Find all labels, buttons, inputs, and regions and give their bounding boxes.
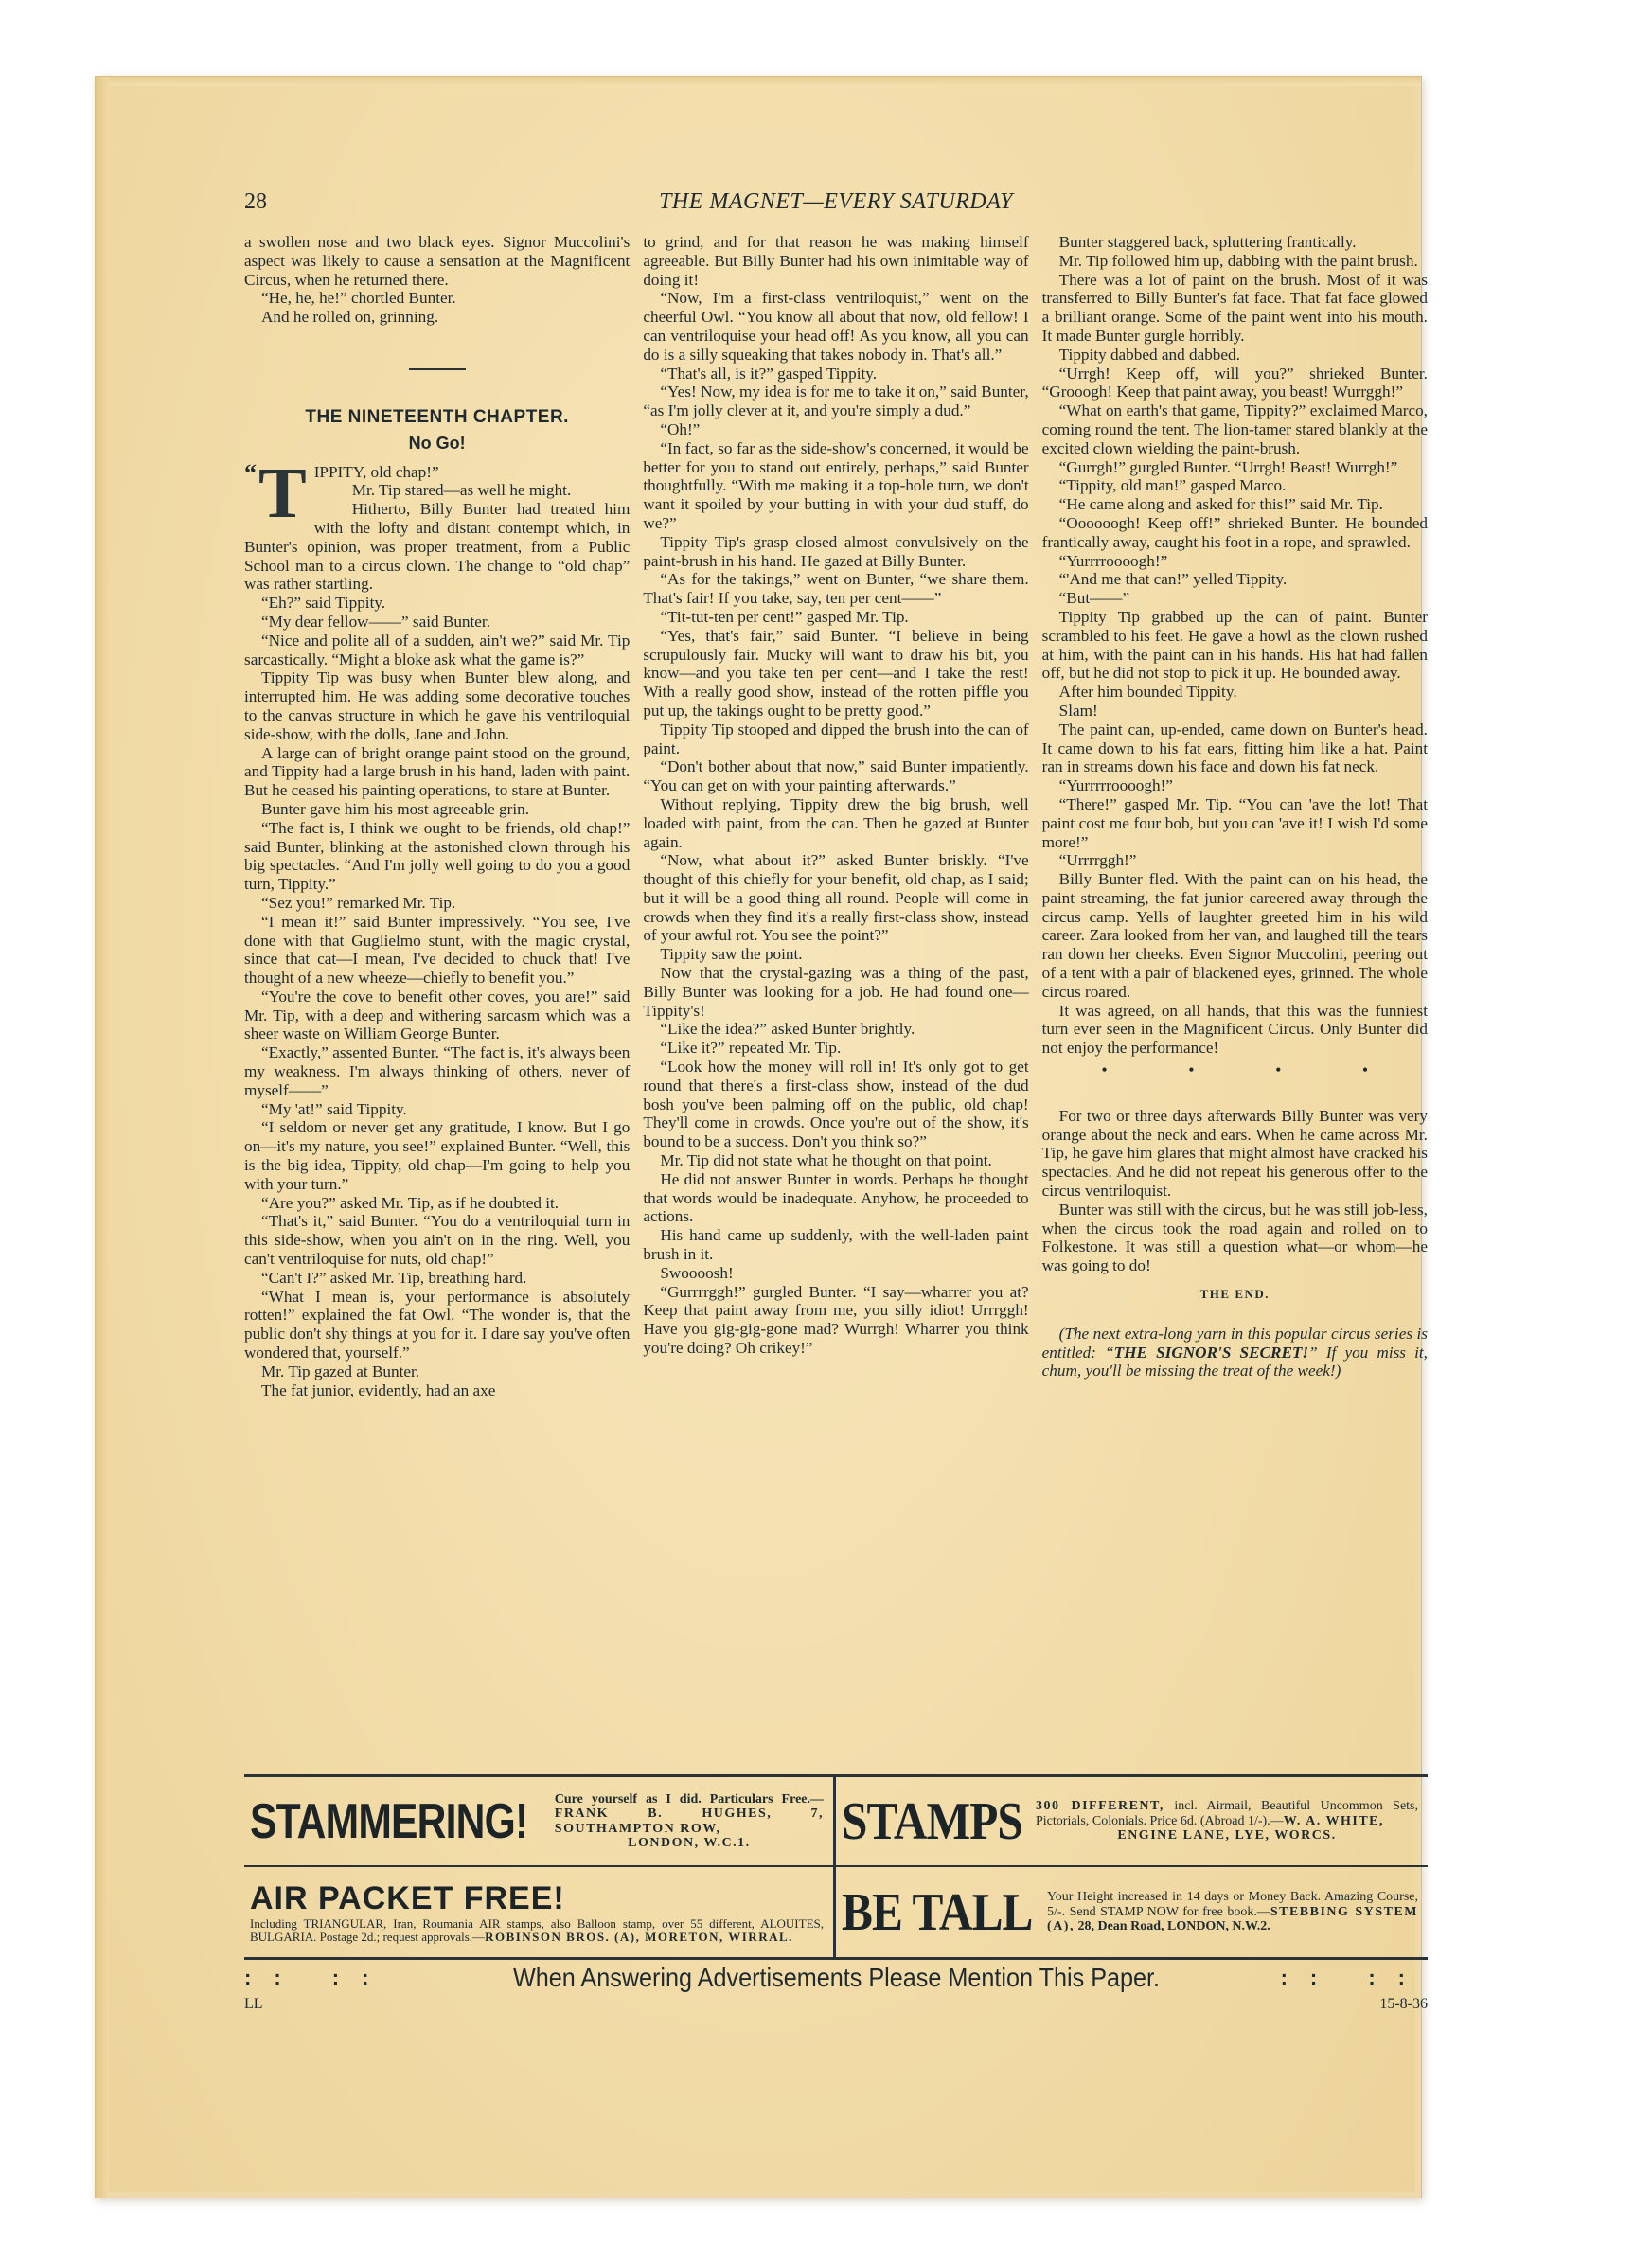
- paragraph: There was a lot of paint on the brush. M…: [1042, 271, 1428, 346]
- section-break-dots: ••••: [1042, 1058, 1428, 1107]
- paragraph: “Oooooogh! Keep off!” shrieked Bunter. H…: [1042, 514, 1428, 552]
- ad-address: 28, Dean Road, LONDON, N.W.2.: [1075, 1919, 1270, 1933]
- paragraph: “He, he, he!” chortled Bunter.: [244, 289, 630, 308]
- the-end: THE END.: [1042, 1285, 1428, 1304]
- ad-address: FRANK B. HUGHES, 7, SOUTHAMPTON ROW,: [555, 1807, 824, 1836]
- paragraph: Mr. Tip gazed at Bunter.: [244, 1362, 630, 1381]
- paragraph: “Urrrrggh!”: [1042, 851, 1428, 870]
- ad-address: W. A. WHITE,: [1284, 1814, 1384, 1828]
- paragraph: “Oh!”: [643, 420, 1028, 439]
- paragraph: Billy Bunter fled. With the paint can on…: [1042, 870, 1428, 1002]
- paragraph: “My 'at!” said Tippity.: [244, 1100, 630, 1119]
- next-week-note: (The next extra-long yarn in this popula…: [1042, 1325, 1428, 1380]
- ornament: :: ::: [1281, 1966, 1428, 1990]
- paragraph: “Now, I'm a first-class ventriloquist,” …: [643, 289, 1028, 364]
- chapter-subtitle: No Go!: [244, 435, 630, 454]
- epilogue: For two or three days afterwards Billy B…: [1042, 1107, 1428, 1275]
- advertising-notice: :: :: When Answering Advertisements Plea…: [244, 1962, 1428, 1994]
- paragraph: “But——”: [1042, 589, 1428, 608]
- paragraph: Without replying, Tippity drew the big b…: [643, 795, 1028, 851]
- paragraph: “That's all, is it?” gasped Tippity.: [643, 365, 1028, 383]
- paragraph: Tippity Tip stooped and dipped the brush…: [643, 721, 1028, 758]
- paragraph: Mr. Tip followed him up, dabbing with th…: [1042, 252, 1428, 271]
- ad-address: ENGINE LANE, LYE, WORCS.: [1036, 1828, 1418, 1843]
- paragraph: Tippity saw the point.: [643, 945, 1028, 964]
- paragraph: Now that the crystal-gazing was a thing …: [643, 964, 1028, 1020]
- paragraph: “Gurrgh!” gurgled Bunter. “Urrgh! Beast!…: [1042, 458, 1428, 477]
- column-3-body: Bunter staggered back, spluttering frant…: [1042, 233, 1428, 1058]
- paragraph: “Tippity, old man!” gasped Marco.: [1042, 476, 1428, 495]
- paragraph: “Now, what about it?” asked Bunter brisk…: [643, 851, 1028, 945]
- ads-right: STAMPS 300 DIFFERENT, incl. Airmail, Bea…: [836, 1777, 1428, 1957]
- paragraph: “The fact is, I think we ought to be fri…: [244, 819, 630, 894]
- paragraph: “That's it,” said Bunter. “You do a vent…: [244, 1212, 630, 1268]
- paragraph: And he rolled on, grinning.: [244, 308, 630, 327]
- page-header: 28 THE MAGNET—EVERY SATURDAY: [244, 189, 1428, 223]
- ad-body: Including TRIANGULAR, Iran, Roumania AIR…: [250, 1917, 824, 1944]
- paragraph: Tippity Tip grabbed up the can of paint.…: [1042, 608, 1428, 683]
- next-story-title: THE SIGNOR'S SECRET!: [1114, 1344, 1309, 1362]
- paragraph: After him bounded Tippity.: [1042, 683, 1428, 702]
- paragraph: “Yurrrrroooogh!”: [1042, 776, 1428, 795]
- paragraph: “Sez you!” remarked Mr. Tip.: [244, 894, 630, 913]
- notice-text: When Answering Advertisements Please Men…: [512, 1963, 1159, 1993]
- paragraph: “As for the takings,” went on Bunter, “w…: [643, 570, 1028, 608]
- paragraph: The fat junior, evidently, had an axe: [244, 1381, 630, 1400]
- paragraph: to grind, and for that reason he was mak…: [643, 233, 1028, 289]
- ad-headline: AIR PACKET FREE!: [250, 1880, 565, 1917]
- article-columns: a swollen nose and two black eyes. Signo…: [244, 233, 1428, 1767]
- ad-headline: STAMPS: [842, 1791, 1022, 1852]
- paragraph: His hand came up suddenly, with the well…: [643, 1226, 1028, 1264]
- masthead: THE MAGNET—EVERY SATURDAY: [244, 189, 1428, 215]
- paragraph: Tippity dabbed and dabbed.: [1042, 346, 1428, 365]
- column-2: to grind, and for that reason he was mak…: [643, 233, 1028, 1767]
- ad-address: ROBINSON BROS. (A), MORETON, WIRRAL.: [485, 1930, 793, 1944]
- printer-code: LL: [244, 1996, 263, 2013]
- paragraph: “What I mean is, your performance is abs…: [244, 1288, 630, 1362]
- column-1-body: “Eh?” said Tippity.“My dear fellow——” sa…: [244, 594, 630, 1399]
- paragraph: For two or three days afterwards Billy B…: [1042, 1107, 1428, 1201]
- paragraph: “What on earth's that game, Tippity?” ex…: [1042, 401, 1428, 457]
- dot: •: [1188, 1061, 1194, 1080]
- paragraph: Bunter gave him his most agreeable grin.: [244, 800, 630, 819]
- column-3: Bunter staggered back, spluttering frant…: [1042, 233, 1428, 1767]
- paragraph: “I seldom or never get any gratitude, I …: [244, 1118, 630, 1193]
- paragraph: “There!” gasped Mr. Tip. “You can 'ave t…: [1042, 795, 1428, 851]
- paragraph: “In fact, so far as the side-show's conc…: [643, 439, 1028, 533]
- paragraph: “Are you?” asked Mr. Tip, as if he doubt…: [244, 1194, 630, 1213]
- section-divider: [409, 368, 466, 370]
- paragraph: The paint can, up-ended, came down on Bu…: [1042, 721, 1428, 776]
- paragraph: “Eh?” said Tippity.: [244, 594, 630, 613]
- paragraph: “Yes! Now, my idea is for me to take it …: [643, 383, 1028, 420]
- issue-date: 15-8-36: [1379, 1996, 1428, 2013]
- paragraph: Tippity Tip was busy when Bunter blew al…: [244, 668, 630, 743]
- dot: •: [1101, 1061, 1107, 1080]
- print-codes: LL 15-8-36: [244, 1996, 1428, 2013]
- paragraph: “Like it?” repeated Mr. Tip.: [643, 1039, 1028, 1058]
- ad-air-packet: AIR PACKET FREE! Including TRIANGULAR, I…: [244, 1867, 833, 1957]
- opening-quote: “: [244, 463, 257, 484]
- paragraph: It was agreed, on all hands, that this w…: [1042, 1002, 1428, 1058]
- paragraph: “Urrgh! Keep off, will you?” shrieked Bu…: [1042, 365, 1428, 402]
- column-2-body: to grind, and for that reason he was mak…: [643, 233, 1028, 1358]
- paragraph: “He came along and asked for this!” said…: [1042, 495, 1428, 514]
- paragraph: “'And me that can!” yelled Tippity.: [1042, 570, 1428, 589]
- paragraph: “Look how the money will roll in! It's o…: [643, 1058, 1028, 1151]
- ornament: :: ::: [244, 1966, 391, 1990]
- ads-left: STAMMERING! Cure yourself as I did. Part…: [244, 1777, 836, 1957]
- ad-body: 300 DIFFERENT, incl. Airmail, Beautiful …: [1036, 1799, 1418, 1843]
- paragraph: Bunter was still with the circus, but he…: [1042, 1201, 1428, 1275]
- paragraph: a swollen nose and two black eyes. Signo…: [244, 233, 630, 289]
- ad-headline: STAMMERING!: [250, 1793, 527, 1850]
- paragraph: A large can of bright orange paint stood…: [244, 744, 630, 800]
- paragraph: Swoooosh!: [643, 1264, 1028, 1283]
- drop-cap: T: [258, 465, 307, 522]
- paragraph: “Yes, that's fair,” said Bunter. “I beli…: [643, 627, 1028, 721]
- paragraph: “Can't I?” asked Mr. Tip, breathing hard…: [244, 1269, 630, 1288]
- paragraph: Tippity Tip's grasp closed almost convul…: [643, 533, 1028, 571]
- column-1-pre: a swollen nose and two black eyes. Signo…: [244, 233, 630, 327]
- ad-address: LONDON, W.C.1.: [555, 1836, 824, 1851]
- paragraph: “Yurrrroooogh!”: [1042, 552, 1428, 571]
- paragraph: “Exactly,” assented Bunter. “The fact is…: [244, 1043, 630, 1099]
- paragraph: “I mean it!” said Bunter impressively. “…: [244, 913, 630, 988]
- paragraph: Slam!: [1042, 702, 1428, 721]
- paragraph: “Don't bother about that now,” said Bunt…: [643, 757, 1028, 795]
- paragraph: “Like the idea?” asked Bunter brightly.: [643, 1020, 1028, 1039]
- paragraph: “Nice and polite all of a sudden, ain't …: [244, 632, 630, 669]
- paragraph: Bunter staggered back, spluttering frant…: [1042, 233, 1428, 252]
- column-1: a swollen nose and two black eyes. Signo…: [244, 233, 630, 1767]
- chapter-opening: “ T IPPITY, old chap!” Mr. Tip stared—as…: [244, 463, 630, 595]
- chapter-title: THE NINETEENTH CHAPTER.: [244, 408, 630, 427]
- paragraph: Mr. Tip did not state what he thought on…: [643, 1151, 1028, 1170]
- advertisements: STAMMERING! Cure yourself as I did. Part…: [244, 1774, 1428, 1960]
- ad-stammering: STAMMERING! Cure yourself as I did. Part…: [244, 1777, 833, 1867]
- dot: •: [1362, 1061, 1368, 1080]
- ad-lead: 300 DIFFERENT,: [1036, 1799, 1164, 1813]
- paragraph: “My dear fellow——” said Bunter.: [244, 613, 630, 632]
- paragraph: “Tit-tut-ten per cent!” gasped Mr. Tip.: [643, 608, 1028, 627]
- ad-text: Cure yourself as I did. Particulars Free…: [555, 1792, 824, 1807]
- paragraph: “Gurrrrggh!” gurgled Bunter. “I say—whar…: [643, 1283, 1028, 1358]
- ad-stamps: STAMPS 300 DIFFERENT, incl. Airmail, Bea…: [836, 1777, 1428, 1867]
- paragraph: “You're the cove to benefit other coves,…: [244, 988, 630, 1043]
- ad-be-tall: BE TALL Your Height increased in 14 days…: [836, 1867, 1428, 1957]
- ad-headline: BE TALL: [842, 1882, 1033, 1943]
- ad-body: Cure yourself as I did. Particulars Free…: [555, 1792, 824, 1851]
- dot: •: [1275, 1061, 1281, 1080]
- paragraph: He did not answer Bunter in words. Perha…: [643, 1170, 1028, 1226]
- ad-body: Your Height increased in 14 days or Mone…: [1047, 1890, 1418, 1934]
